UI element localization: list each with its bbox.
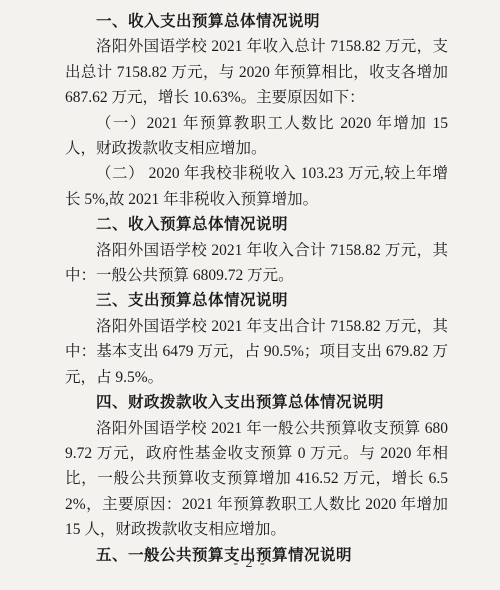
body-paragraph: 洛阳外国语学校 2021 年支出合计 7158.82 万元，其中：基本支出 64…: [65, 314, 448, 390]
document-page: 一、收入支出预算总体情况说明洛阳外国语学校 2021 年收入总计 7158.82…: [0, 0, 500, 590]
body-paragraph: （一）2021 年预算教职工人数比 2020 年增加 15 人，财政拨款收支相应…: [65, 111, 448, 162]
document-body: 一、收入支出预算总体情况说明洛阳外国语学校 2021 年收入总计 7158.82…: [65, 9, 448, 568]
body-paragraph: 洛阳外国语学校 2021 年收入总计 7158.82 万元，支出总计 7158.…: [65, 34, 448, 110]
page-number: - 2 -: [0, 556, 500, 572]
body-paragraph: 洛阳外国语学校 2021 年收入合计 7158.82 万元，其中：一般公共预算 …: [65, 238, 448, 289]
section-heading: 四、财政拨款收入支出预算总体情况说明: [65, 390, 448, 415]
section-heading: 二、收入预算总体情况说明: [65, 212, 448, 237]
body-paragraph: 洛阳外国语学校 2021 年一般公共预算收支预算 6809.72 万元，政府性基…: [65, 416, 448, 543]
section-heading: 三、支出预算总体情况说明: [65, 288, 448, 313]
body-paragraph: （二） 2020 年我校非税收入 103.23 万元,较上年增长 5%,故 20…: [65, 161, 448, 212]
section-heading: 一、收入支出预算总体情况说明: [65, 9, 448, 34]
